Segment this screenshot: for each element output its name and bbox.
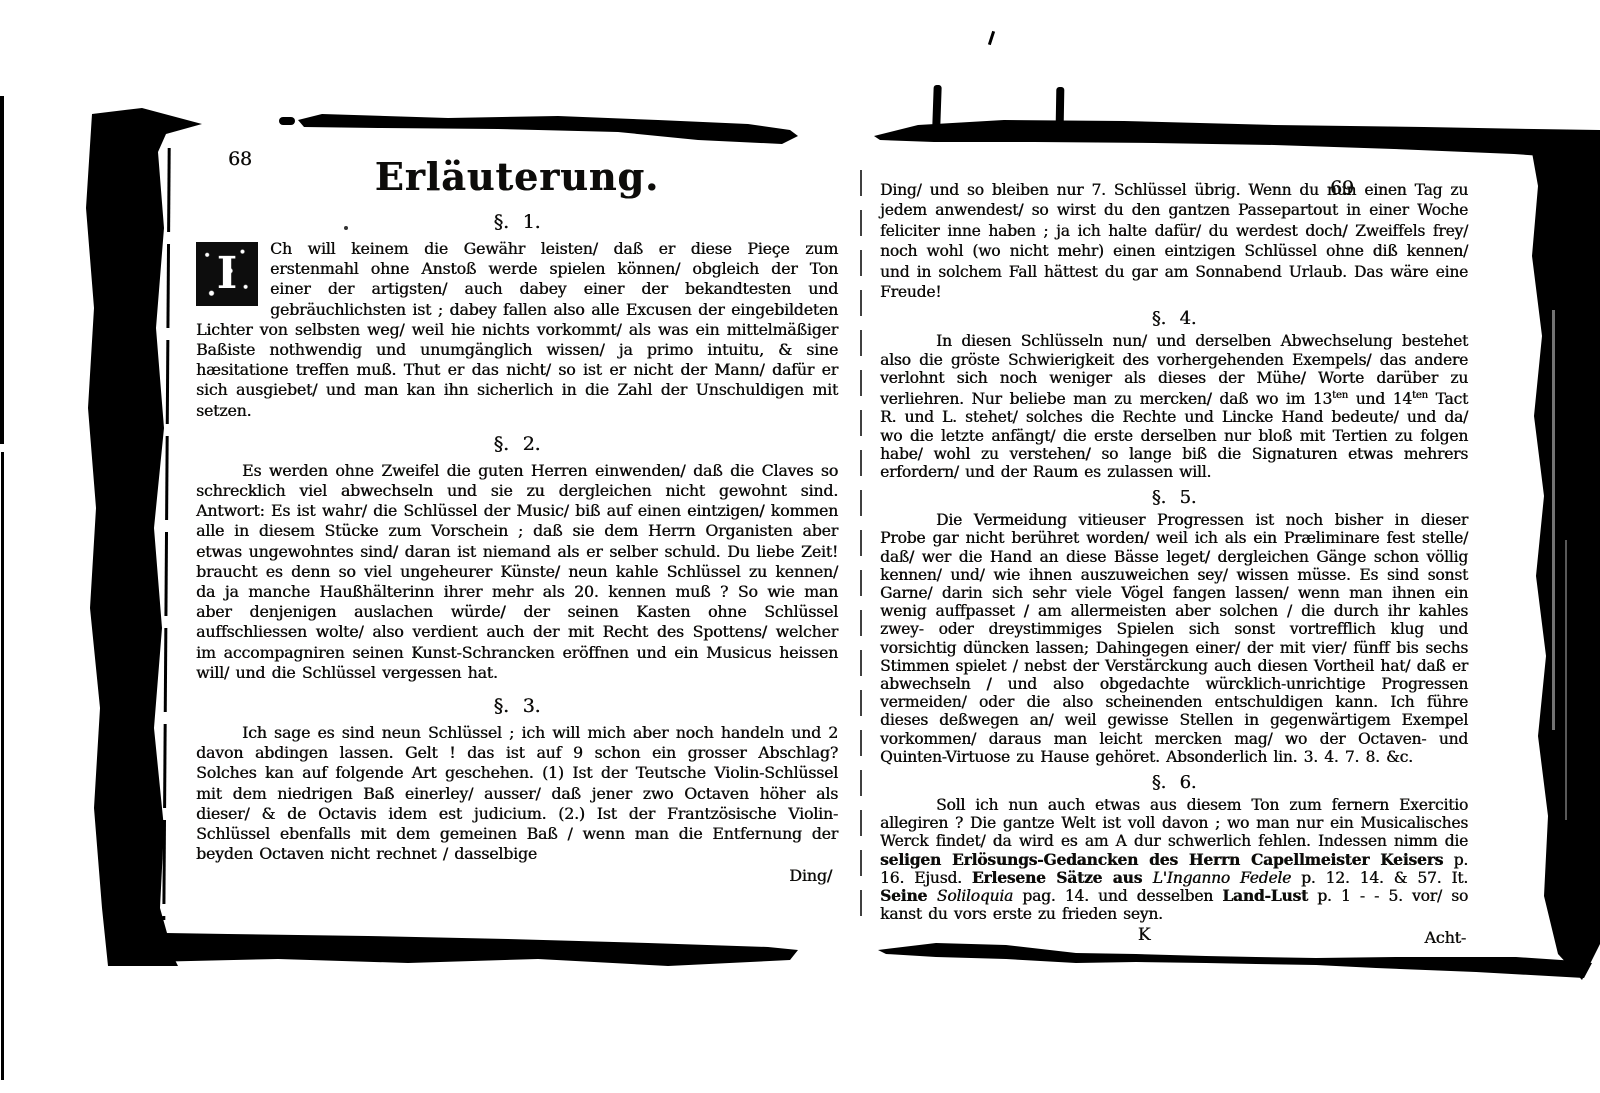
scan-border-bottom-left <box>108 924 802 972</box>
paragraph-section-2: Es werden ohne Zweifel die guten Herren … <box>196 461 838 683</box>
scan-page-edge-line-left <box>162 148 170 920</box>
paragraph-continuation: Ding/ und so bleiben nur 7. Schlüssel üb… <box>880 180 1468 302</box>
section-6-bold-title: Erlesene Sätze aus <box>972 868 1153 887</box>
scan-white-streak-2 <box>1565 540 1567 820</box>
catchword-right: Acht- <box>1424 928 1466 947</box>
signature-row: K Acht- <box>880 925 1468 947</box>
gathering-signature: K <box>880 925 1408 945</box>
section-6-run: Soll ich nun auch etwas aus diesem Ton z… <box>880 796 1468 850</box>
right-page: 69 Ding/ und so bleiben nur 7. Schlüssel… <box>880 150 1468 947</box>
scan-border-top-left <box>298 110 798 148</box>
ornate-initial: I <box>196 242 258 306</box>
scan-speck-tick <box>988 31 995 45</box>
section-6-latin-title: L'Inganno Fedele <box>1153 869 1291 887</box>
scan-edge-line-left-lower <box>1 452 4 1080</box>
section-4-superscript: ten <box>1412 390 1428 401</box>
page-title: Erläuterung. <box>196 154 838 199</box>
paragraph-section-1: I Ch will keinem die Gewähr leisten/ daß… <box>196 239 838 421</box>
section-heading-2: §. 2. <box>196 433 838 455</box>
ornate-initial-letter: I <box>196 242 258 306</box>
scan-spike-mark-2 <box>1056 87 1065 127</box>
paragraph-section-3: Ich sage es sind neun Schlüssel ; ich wi… <box>196 723 838 864</box>
page-number-right: 69 <box>1330 177 1354 199</box>
scan-border-left-spine <box>78 108 202 966</box>
section-heading-4: §. 4. <box>880 308 1468 329</box>
scan-spike-mark-1 <box>932 85 941 127</box>
section-6-latin-title: Soliloquia <box>937 887 1013 905</box>
section-1-text: Ch will keinem die Gewähr leisten/ daß e… <box>196 239 838 420</box>
section-4-run: und 14 <box>1348 390 1412 408</box>
section-heading-6: §. 6. <box>880 772 1468 793</box>
scan-border-right-spine <box>1520 126 1600 984</box>
section-6-bold-title: Land-Lust <box>1222 886 1308 905</box>
scan-edge-line-left-upper <box>0 96 4 444</box>
catchword-left: Ding/ <box>196 866 838 885</box>
paragraph-section-6: Soll ich nun auch etwas aus diesem Ton z… <box>880 796 1468 923</box>
section-6-run: pag. 14. und desselben <box>1013 887 1222 905</box>
page-gutter-line <box>860 170 862 930</box>
section-6-bold-title: seligen Erlösungs-Gedancken des Herrn Ca… <box>880 850 1443 869</box>
paragraph-section-5: Die Vermeidung vitieuser Progressen ist … <box>880 511 1468 766</box>
section-heading-3: §. 3. <box>196 695 838 717</box>
section-4-superscript: ten <box>1332 390 1348 401</box>
book-scan: 68 Erläuterung. §. 1. I Ch will keinem d… <box>0 0 1600 1093</box>
left-page: 68 Erläuterung. §. 1. I Ch will keinem d… <box>196 146 838 885</box>
section-6-bold-title: Seine <box>880 886 937 905</box>
scan-white-streak-1 <box>1552 310 1555 730</box>
paragraph-section-4: In diesen Schlüsseln nun/ und derselben … <box>880 332 1468 481</box>
scan-border-top-left-dash <box>279 117 295 125</box>
section-heading-5: §. 5. <box>880 487 1468 508</box>
section-6-run: p. 12. 14. & 57. It. <box>1291 869 1468 887</box>
page-number-left: 68 <box>228 148 252 170</box>
section-heading-1: §. 1. <box>196 211 838 233</box>
